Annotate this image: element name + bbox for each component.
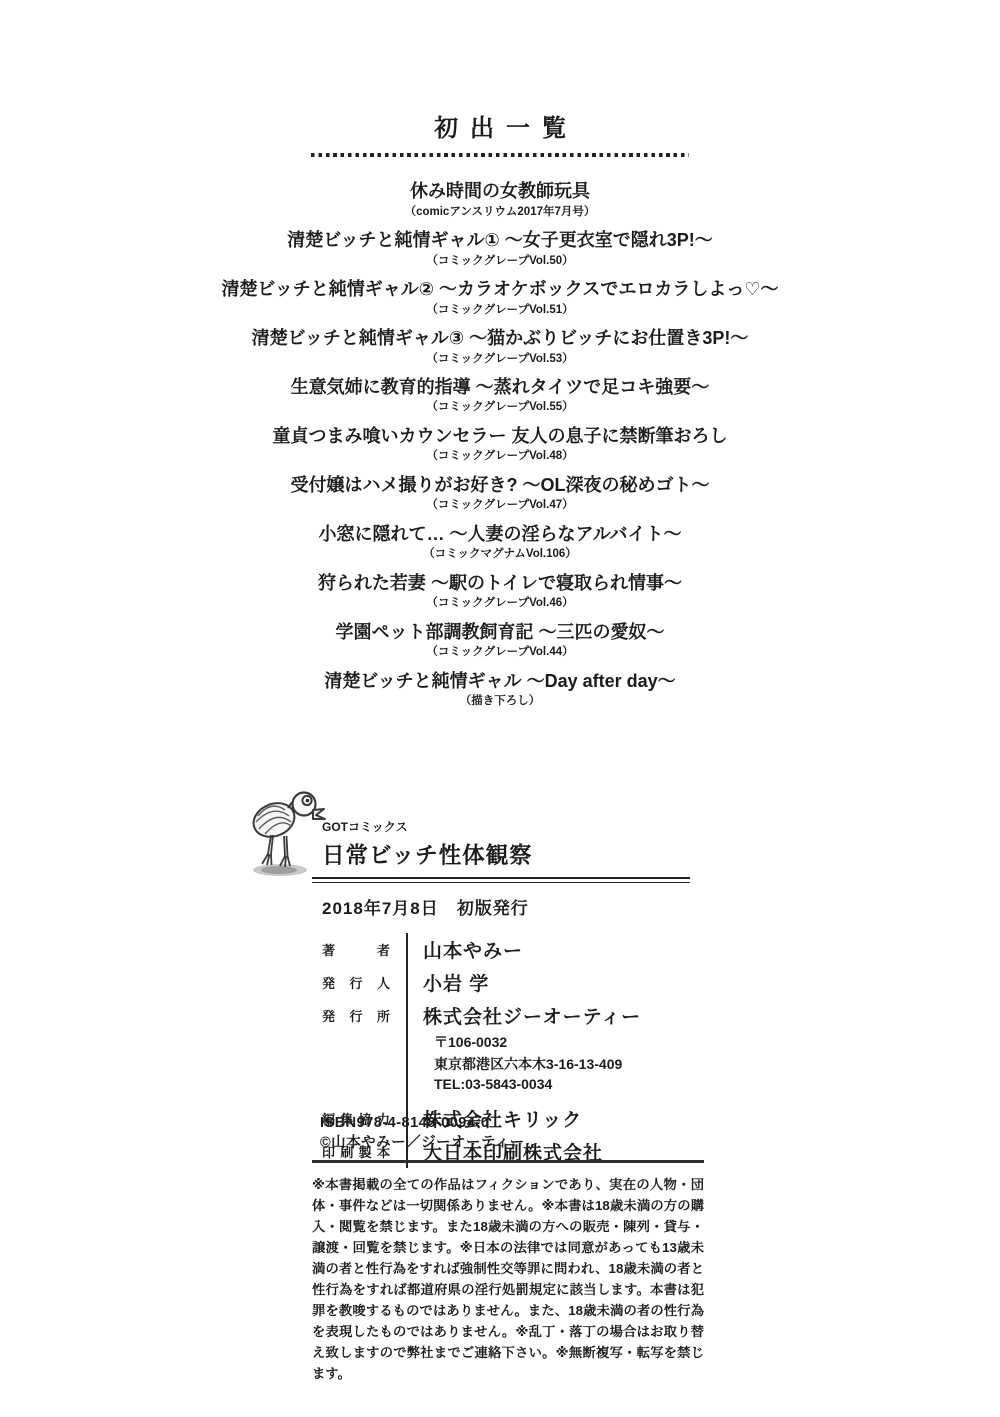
list-item: 受付嬢はハメ撮りがお好き? ～OL深夜の秘めゴト～ （コミックグレープVol.4… (0, 475, 1000, 513)
legal-disclaimer: ※本書掲載の全ての作品はフィクションであり、実在の人物・団体・事件などは一切関係… (312, 1160, 704, 1384)
work-title: 生意気姉に教育的指導 ～蒸れタイツで足コキ強要～ (0, 377, 1000, 399)
work-title: 受付嬢はハメ撮りがお好き? ～OL深夜の秘めゴト～ (0, 475, 1000, 497)
list-item: 小窓に隠れて… ～人妻の淫らなアルバイト～ （コミックマグナムVol.106） (0, 524, 1000, 562)
work-title: 小窓に隠れて… ～人妻の淫らなアルバイト～ (0, 524, 1000, 546)
list-item: 清楚ビッチと純情ギャル① ～女子更衣室で隠れ3P!～ （コミックグレープVol.… (0, 230, 1000, 268)
imprint-head: GOTコミックス 日常ビッチ性体観察 2018年7月8日 初版発行 (322, 818, 700, 919)
isbn-number: ISBN978-4-8148-0094-0 (320, 1113, 525, 1133)
publisher-bird-logo-icon (243, 786, 327, 878)
work-title: 休み時間の女教師玩具 (0, 181, 1000, 203)
work-source: （コミックグレープVol.47） (0, 498, 1000, 512)
credit-label: 発行人 (322, 966, 390, 999)
work-source: （comicアンスリウム2017年7月号） (0, 205, 1000, 219)
double-rule (312, 877, 690, 883)
list-item: 清楚ビッチと純情ギャル ～Day after day～ （描き下ろし） (0, 671, 1000, 709)
credit-value: 株式会社ジーオーティー (406, 999, 700, 1032)
imprint-series-label: GOTコミックス (322, 818, 700, 835)
work-source: （コミックマグナムVol.106） (0, 547, 1000, 561)
work-title: 清楚ビッチと純情ギャル② ～カラオケボックスでエロカラしよっ♡～ (0, 279, 1000, 301)
publisher-postal-code: 〒106-0032 (406, 1032, 700, 1054)
credit-value: 小岩 学 (406, 966, 700, 999)
work-title: 狩られた若妻 ～駅のトイレで寝取られ情事～ (0, 573, 1000, 595)
work-source: （コミックグレープVol.46） (0, 596, 1000, 610)
work-source: （コミックグレープVol.51） (0, 303, 1000, 317)
work-source: （描き下ろし） (0, 694, 1000, 708)
work-title: 清楚ビッチと純情ギャル ～Day after day～ (0, 671, 1000, 693)
work-title: 童貞つまみ喰いカウンセラー 友人の息子に禁断筆おろし (0, 426, 1000, 448)
list-item: 清楚ビッチと純情ギャル③ ～猫かぶりビッチにお仕置き3P!～ （コミックグレープ… (0, 328, 1000, 366)
list-item: 生意気姉に教育的指導 ～蒸れタイツで足コキ強要～ （コミックグレープVol.55… (0, 377, 1000, 415)
work-source: （コミックグレープVol.53） (0, 352, 1000, 366)
work-title: 学園ペット部調教飼育記 ～三匹の愛奴～ (0, 622, 1000, 644)
publisher-phone: TEL:03-5843-0034 (406, 1076, 700, 1094)
dotted-divider (311, 153, 689, 157)
credit-label-empty (322, 1076, 390, 1094)
isbn-block: ISBN978-4-8148-0094-0 ©山本やみー／ジーオーティー (320, 1113, 525, 1154)
credit-label: 著者 (322, 933, 390, 966)
book-title: 日常ビッチ性体観察 (322, 838, 700, 870)
copyright-line: ©山本やみー／ジーオーティー (320, 1133, 525, 1153)
work-source: （コミックグレープVol.44） (0, 645, 1000, 659)
list-item: 学園ペット部調教飼育記 ～三匹の愛奴～ （コミックグレープVol.44） (0, 622, 1000, 660)
publisher-address: 東京都港区六本木3-16-13-409 (406, 1054, 700, 1076)
section-title: 初出一覧 (0, 108, 1000, 143)
list-item: 童貞つまみ喰いカウンセラー 友人の息子に禁断筆おろし （コミックグレープVol.… (0, 426, 1000, 464)
work-title: 清楚ビッチと純情ギャル③ ～猫かぶりビッチにお仕置き3P!～ (0, 328, 1000, 350)
spacer (406, 1094, 700, 1102)
list-item: 休み時間の女教師玩具 （comicアンスリウム2017年7月号） (0, 181, 1000, 219)
work-source: （コミックグレープVol.48） (0, 449, 1000, 463)
spacer (322, 1094, 390, 1102)
credit-label-empty (322, 1054, 390, 1076)
credit-label-empty (322, 1032, 390, 1054)
work-list: 休み時間の女教師玩具 （comicアンスリウム2017年7月号） 清楚ビッチと純… (0, 181, 1000, 709)
credit-value: 山本やみー (406, 933, 700, 966)
list-item: 狩られた若妻 ～駅のトイレで寝取られ情事～ （コミックグレープVol.46） (0, 573, 1000, 611)
work-title: 清楚ビッチと純情ギャル① ～女子更衣室で隠れ3P!～ (0, 230, 1000, 252)
colophon-page: 初出一覧 休み時間の女教師玩具 （comicアンスリウム2017年7月号） 清楚… (0, 0, 1000, 1417)
first-appearance-section: 初出一覧 休み時間の女教師玩具 （comicアンスリウム2017年7月号） 清楚… (0, 108, 1000, 720)
work-source: （コミックグレープVol.55） (0, 400, 1000, 414)
work-source: （コミックグレープVol.50） (0, 254, 1000, 268)
credit-label: 発行所 (322, 999, 390, 1032)
edition-date: 2018年7月8日 初版発行 (322, 894, 700, 919)
list-item: 清楚ビッチと純情ギャル② ～カラオケボックスでエロカラしよっ♡～ （コミックグレ… (0, 279, 1000, 317)
